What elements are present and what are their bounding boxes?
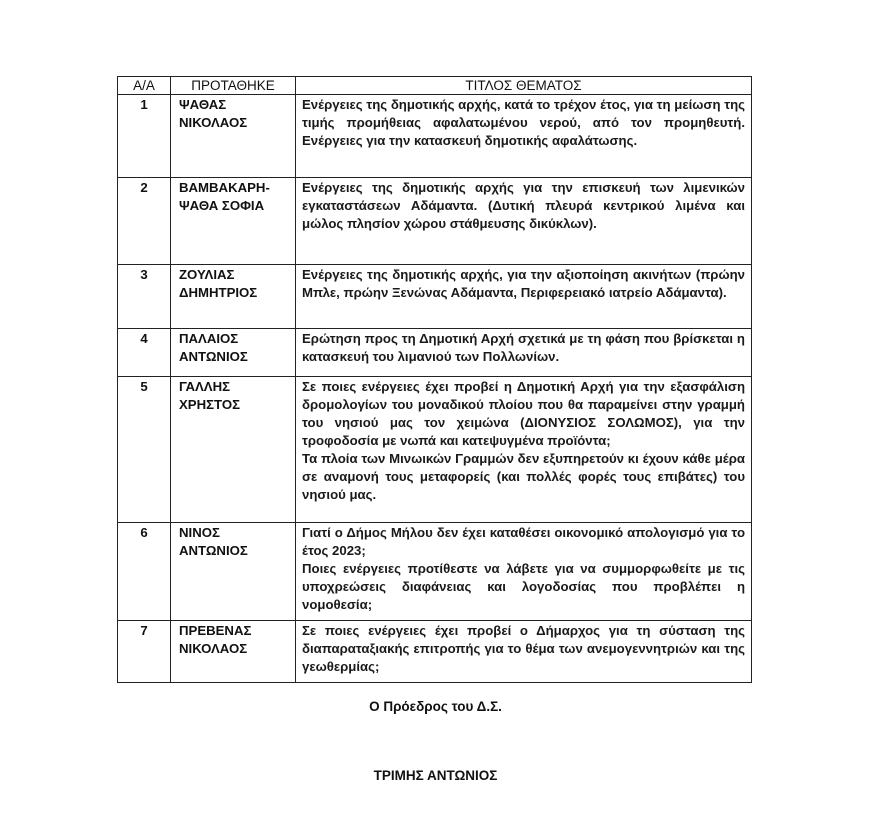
row-title: Ενέργειες της δημοτικής αρχής για την επ…: [296, 178, 752, 265]
header-proposer: ΠΡΟΤΑΘΗΚΕ: [171, 77, 296, 95]
table-row: 2ΒΑΜΒΑΚΑΡΗ-ΨΑΘΑ ΣΟΦΙΑΕνέργειες της δημοτ…: [118, 178, 752, 265]
row-proposer: ΓΑΛΛΗΣΧΡΗΣΤΟΣ: [171, 377, 296, 523]
table-row: 5ΓΑΛΛΗΣΧΡΗΣΤΟΣΣε ποιες ενέργειες έχει πρ…: [118, 377, 752, 523]
title-paragraph: Ενέργειες της δημοτικής αρχής, κατά το τ…: [302, 96, 745, 150]
proposer-name-line: ΨΑΘΑΣ: [179, 96, 289, 114]
proposer-name-line: ΠΡΕΒΕΝΑΣ: [179, 622, 289, 640]
header-title: ΤΙΤΛΟΣ ΘΕΜΑΤΟΣ: [296, 77, 752, 95]
row-number: 1: [118, 95, 171, 178]
row-proposer: ΠΑΛΑΙΟΣΑΝΤΩΝΙΟΣ: [171, 329, 296, 377]
proposer-name-line: ΠΑΛΑΙΟΣ: [179, 330, 289, 348]
row-title: Σε ποιες ενέργειες έχει προβεί ο Δήμαρχο…: [296, 621, 752, 683]
row-title: Γιατί ο Δήμος Μήλου δεν έχει καταθέσει ο…: [296, 523, 752, 621]
proposer-name-line: ΝΙΝΟΣ: [179, 524, 289, 542]
row-proposer: ΒΑΜΒΑΚΑΡΗ-ΨΑΘΑ ΣΟΦΙΑ: [171, 178, 296, 265]
row-proposer: ΖΟΥΛΙΑΣΔΗΜΗΤΡΙΟΣ: [171, 265, 296, 329]
row-proposer: ΨΑΘΑΣΝΙΚΟΛΑΟΣ: [171, 95, 296, 178]
row-number: 4: [118, 329, 171, 377]
row-title: Ερώτηση προς τη Δημοτική Αρχή σχετικά με…: [296, 329, 752, 377]
title-paragraph: Ερώτηση προς τη Δημοτική Αρχή σχετικά με…: [302, 330, 745, 366]
row-title: Σε ποιες ενέργειες έχει προβεί η Δημοτικ…: [296, 377, 752, 523]
proposer-name-line: ΝΙΚΟΛΑΟΣ: [179, 114, 289, 132]
row-number: 6: [118, 523, 171, 621]
proposer-name-line: ΓΑΛΛΗΣ: [179, 378, 289, 396]
row-proposer: ΠΡΕΒΕΝΑΣΝΙΚΟΛΑΟΣ: [171, 621, 296, 683]
row-number: 2: [118, 178, 171, 265]
title-paragraph: Γιατί ο Δήμος Μήλου δεν έχει καταθέσει ο…: [302, 524, 745, 560]
row-number: 7: [118, 621, 171, 683]
title-paragraph: Ενέργειες της δημοτικής αρχής για την επ…: [302, 179, 745, 233]
title-paragraph: Σε ποιες ενέργειες έχει προβεί η Δημοτικ…: [302, 378, 745, 450]
row-title: Ενέργειες της δημοτικής αρχής, κατά το τ…: [296, 95, 752, 178]
table-row: 4ΠΑΛΑΙΟΣΑΝΤΩΝΙΟΣΕρώτηση προς τη Δημοτική…: [118, 329, 752, 377]
table-row: 3ΖΟΥΛΙΑΣΔΗΜΗΤΡΙΟΣΕνέργειες της δημοτικής…: [118, 265, 752, 329]
row-proposer: ΝΙΝΟΣΑΝΤΩΝΙΟΣ: [171, 523, 296, 621]
proposer-name-line: ΧΡΗΣΤΟΣ: [179, 396, 289, 414]
agenda-table: Α/Α ΠΡΟΤΑΘΗΚΕ ΤΙΤΛΟΣ ΘΕΜΑΤΟΣ 1ΨΑΘΑΣΝΙΚΟΛ…: [117, 76, 752, 683]
title-paragraph: Ενέργειες της δημοτικής αρχής, για την α…: [302, 266, 745, 302]
table-row: 7ΠΡΕΒΕΝΑΣΝΙΚΟΛΑΟΣΣε ποιες ενέργειες έχει…: [118, 621, 752, 683]
proposer-name-line: ΨΑΘΑ ΣΟΦΙΑ: [179, 197, 289, 215]
title-paragraph: Σε ποιες ενέργειες έχει προβεί ο Δήμαρχο…: [302, 622, 745, 676]
row-number: 5: [118, 377, 171, 523]
proposer-name-line: ΑΝΤΩΝΙΟΣ: [179, 542, 289, 560]
proposer-name-line: ΝΙΚΟΛΑΟΣ: [179, 640, 289, 658]
table-row: 1ΨΑΘΑΣΝΙΚΟΛΑΟΣΕνέργειες της δημοτικής αρ…: [118, 95, 752, 178]
proposer-name-line: ΔΗΜΗΤΡΙΟΣ: [179, 284, 289, 302]
signature-name: ΤΡΙΜΗΣ ΑΝΤΩΝΙΟΣ: [0, 768, 871, 783]
title-paragraph: Ποιες ενέργειες προτίθεστε να λάβετε για…: [302, 560, 745, 614]
proposer-name-line: ΒΑΜΒΑΚΑΡΗ-: [179, 179, 289, 197]
table-row: 6ΝΙΝΟΣΑΝΤΩΝΙΟΣΓιατί ο Δήμος Μήλου δεν έχ…: [118, 523, 752, 621]
table-header-row: Α/Α ΠΡΟΤΑΘΗΚΕ ΤΙΤΛΟΣ ΘΕΜΑΤΟΣ: [118, 77, 752, 95]
header-number: Α/Α: [118, 77, 171, 95]
title-paragraph: Τα πλοία των Μινωικών Γραμμών δεν εξυπηρ…: [302, 450, 745, 504]
proposer-name-line: ΖΟΥΛΙΑΣ: [179, 266, 289, 284]
proposer-name-line: ΑΝΤΩΝΙΟΣ: [179, 348, 289, 366]
signature-role: Ο Πρόεδρος του Δ.Σ.: [0, 699, 871, 714]
row-title: Ενέργειες της δημοτικής αρχής, για την α…: [296, 265, 752, 329]
row-number: 3: [118, 265, 171, 329]
